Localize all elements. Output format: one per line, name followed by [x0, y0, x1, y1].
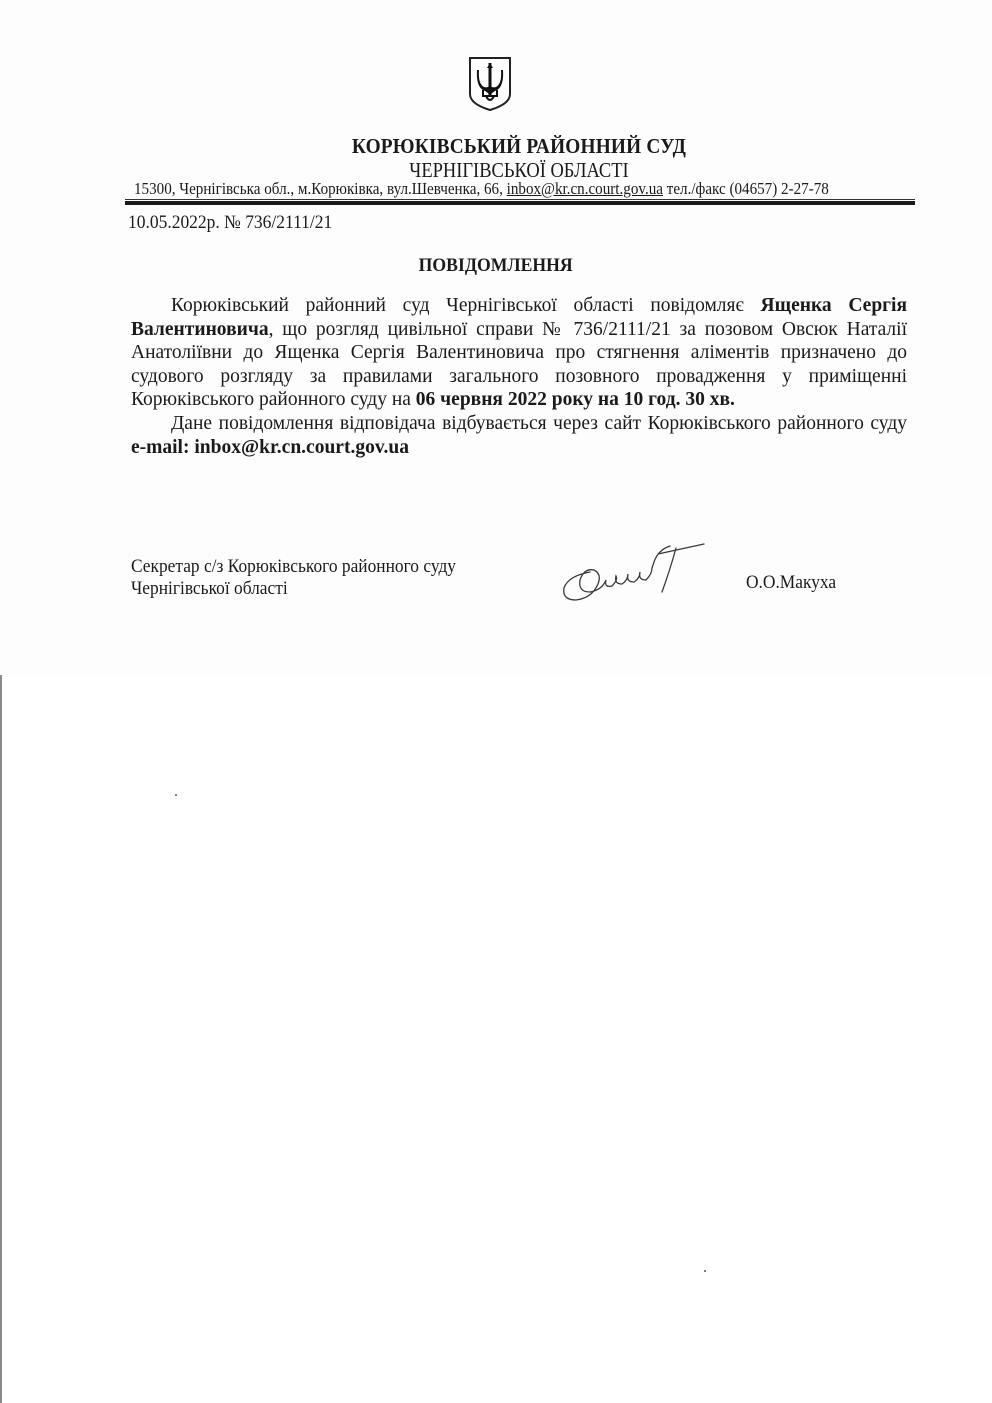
- signatory-position: Секретар с/з Корюківського районного суд…: [131, 556, 456, 600]
- header-divider-thick: [125, 201, 915, 205]
- trident-emblem-icon: [467, 56, 513, 112]
- position-line-1: Секретар с/з Корюківського районного суд…: [131, 556, 456, 578]
- notice-paragraph: Корюківський районний суд Чернігівської …: [131, 294, 907, 412]
- handwritten-signature-icon: [558, 540, 708, 610]
- hearing-datetime: 06 червня 2022 року на 10 год. 30 хв.: [416, 389, 735, 410]
- court-name: КОРЮКІВСЬКИЙ РАЙОННИЙ СУД: [42, 134, 992, 159]
- text-segment: Корюківський районний суд Чернігівської …: [171, 295, 761, 316]
- phone-fax: тел./факс (04657) 2-27-78: [663, 179, 829, 198]
- court-email-link[interactable]: inbox@kr.cn.court.gov.ua: [507, 179, 663, 198]
- position-line-2: Чернігівської області: [131, 578, 456, 600]
- delivery-paragraph: Дане повідомлення відповідача відбуваєть…: [131, 412, 907, 459]
- address-text: 15300, Чернігівська обл., м.Корюківка, в…: [134, 179, 507, 198]
- contact-email: e-mail: inbox@kr.cn.court.gov.ua: [131, 437, 409, 458]
- document-title: ПОВІДОМЛЕННЯ: [34, 255, 957, 277]
- scan-page-edge: [0, 675, 2, 1403]
- date-and-case-number: 10.05.2022р. № 736/2111/21: [128, 212, 332, 234]
- scan-speck: [704, 1270, 706, 1272]
- court-address: 15300, Чернігівська обл., м.Корюківка, в…: [134, 179, 829, 199]
- scan-speck: [175, 794, 177, 796]
- text-segment: Дане повідомлення відповідача відбуваєть…: [171, 413, 907, 434]
- signatory-name: О.О.Макуха: [746, 573, 836, 594]
- header-divider-thin: [125, 199, 915, 200]
- document-body: Корюківський районний суд Чернігівської …: [131, 294, 907, 459]
